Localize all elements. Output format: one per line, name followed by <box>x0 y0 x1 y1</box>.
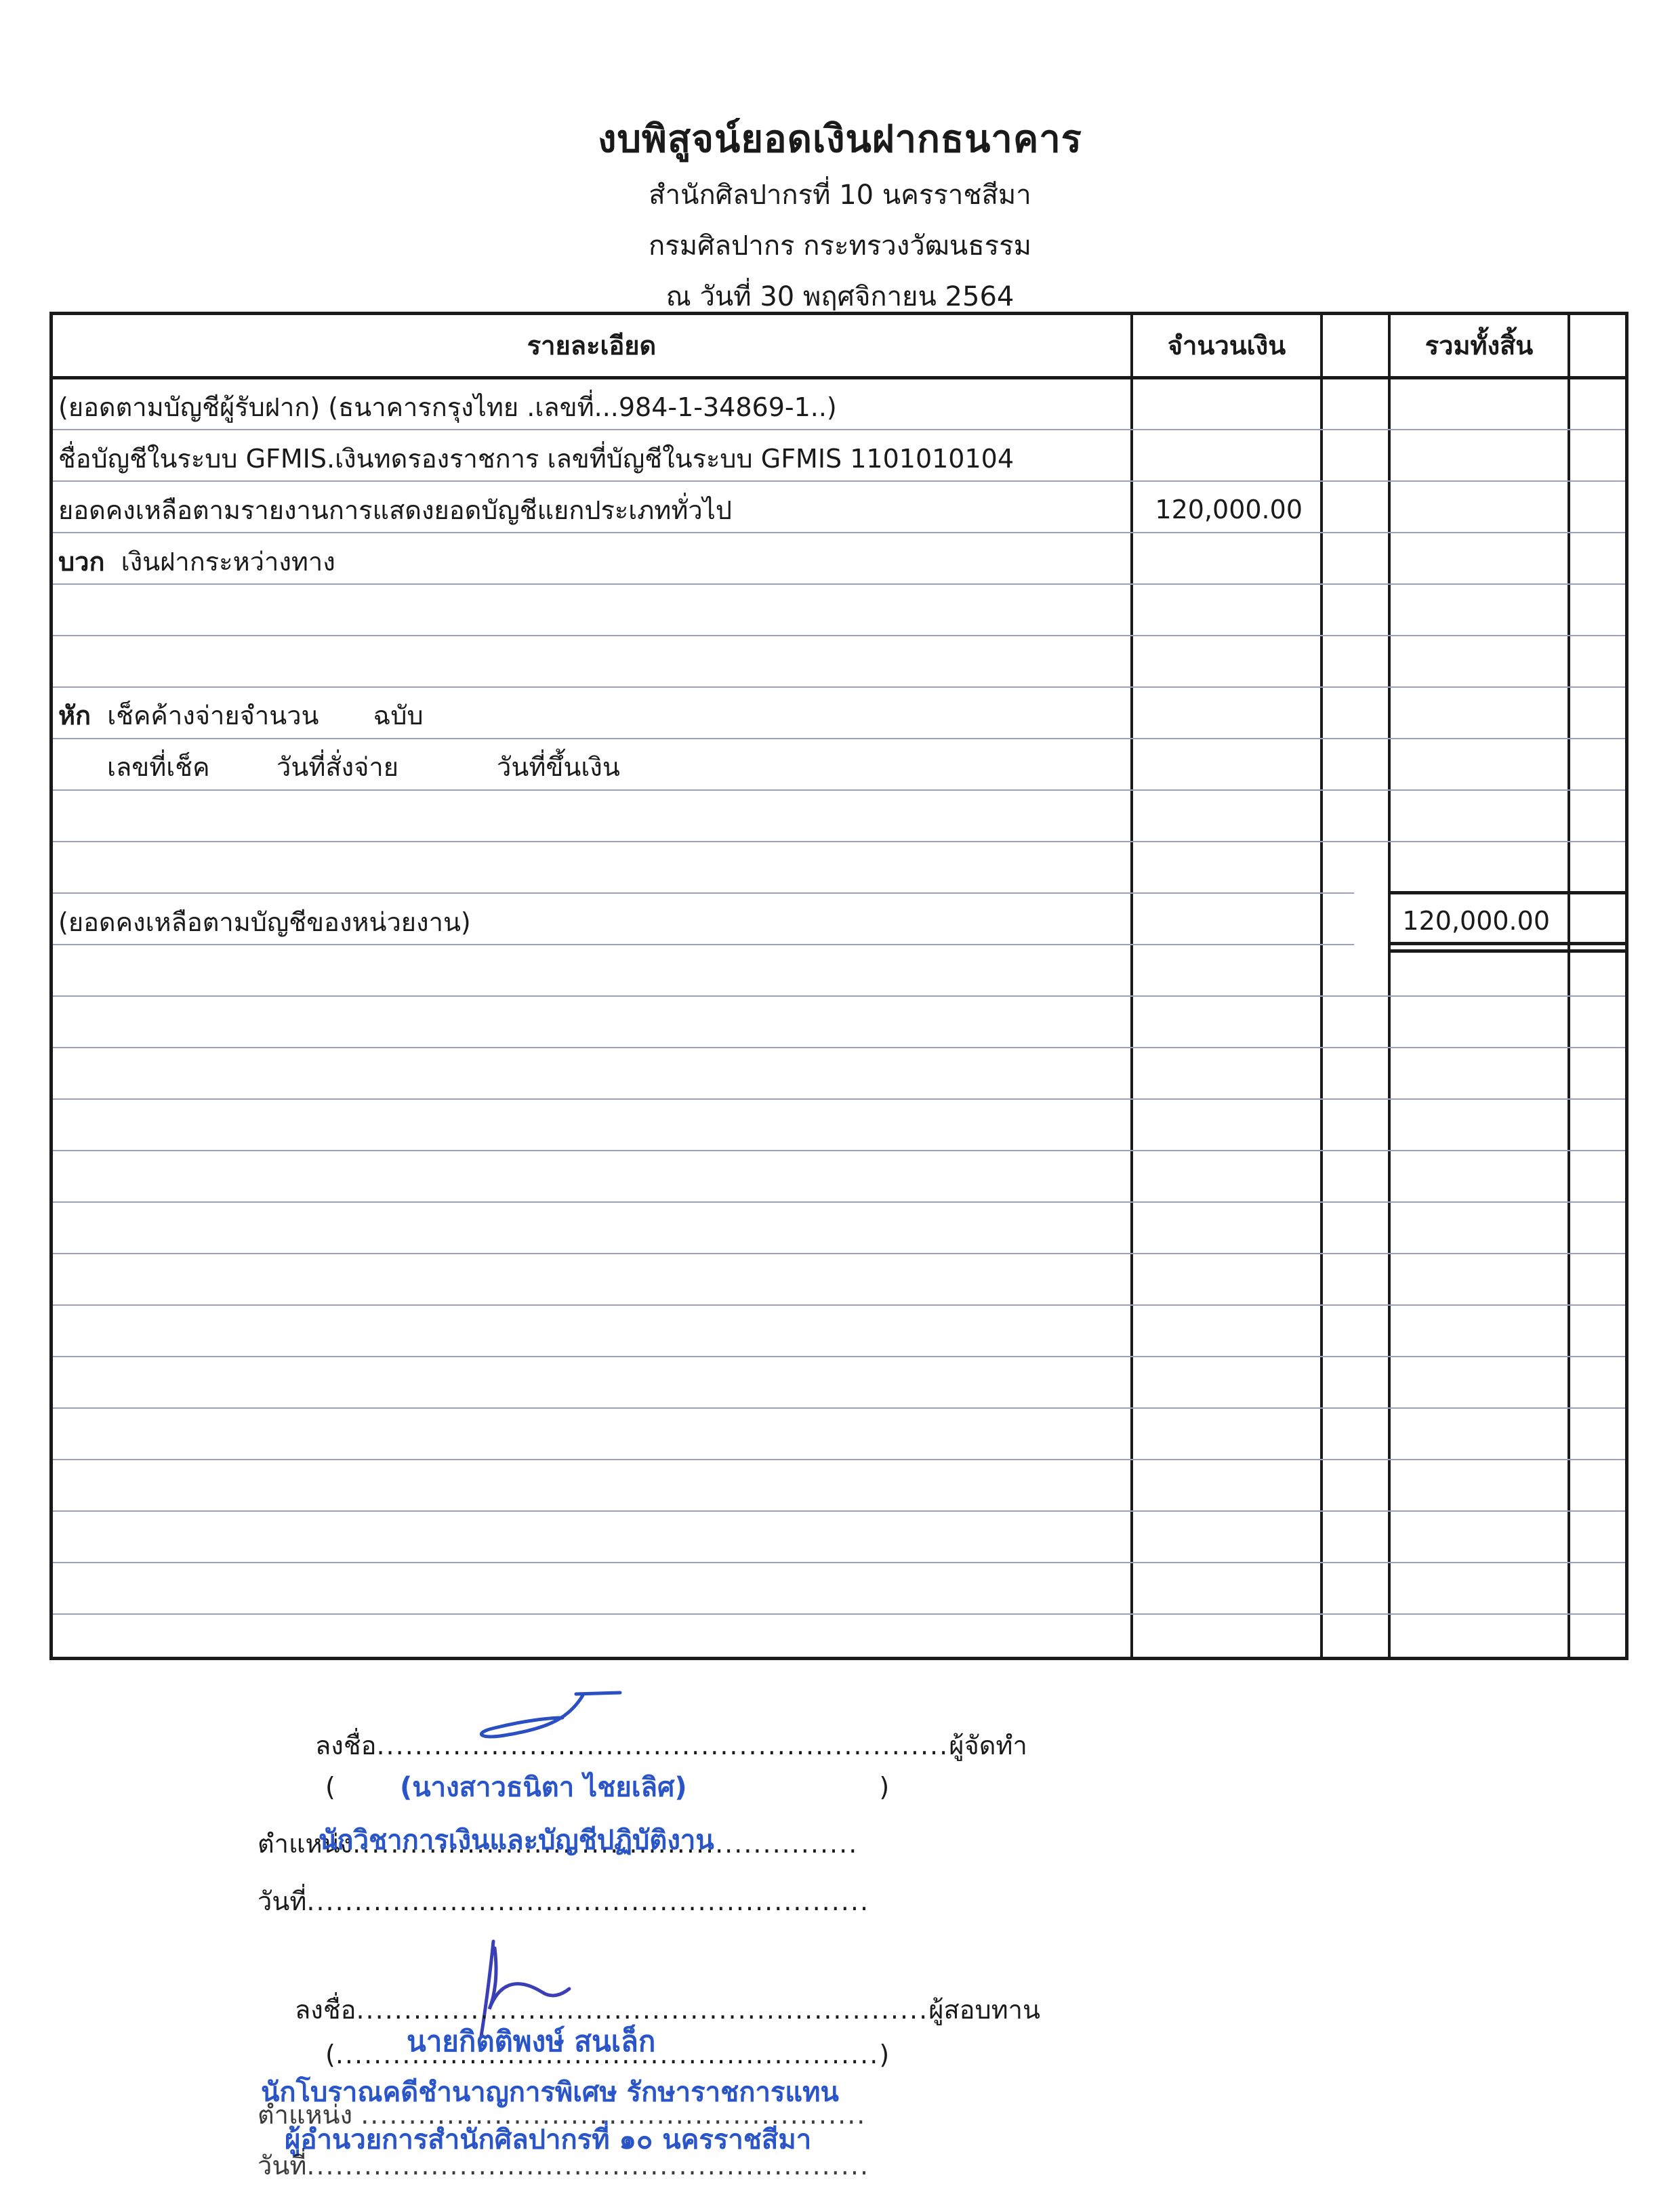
add-row: บวก เงินฝากระหว่างทาง <box>58 541 335 582</box>
less-unit: ฉบับ <box>373 701 424 730</box>
less-row: หัก เช็คค้างจ่ายจำนวนฉบับ <box>58 695 424 736</box>
col-divider-total <box>1388 315 1391 1657</box>
col-divider-amount-sub <box>1320 315 1323 1657</box>
preparer-position: นักวิชาการเงินและบัญชีปฏิบัติงาน <box>319 1818 714 1861</box>
preparer-date-label: วันที่ <box>258 1886 306 1916</box>
less-text: เช็คค้างจ่ายจำนวน <box>107 701 319 730</box>
check-no-label: เลขที่เช็ค <box>107 746 210 787</box>
column-header-total: รวมทั้งสิ้น <box>1391 322 1568 369</box>
office-name: สำนักศิลปากรที่ 10 นครราชสีมา <box>0 173 1680 216</box>
reviewer-name-line: (.......................................… <box>325 2040 889 2069</box>
reviewer-date-label: วันที่ <box>258 2151 306 2181</box>
header-divider <box>53 376 1625 379</box>
less-label: หัก <box>58 701 91 730</box>
column-header-detail: รายละเอียด <box>53 322 1130 369</box>
check-cash-date-label: วันที่ขึ้นเงิน <box>497 746 620 787</box>
total-box-top-rule <box>1388 891 1625 894</box>
preparer-name: (นางสาวธนิตา ไชยเลิศ) <box>400 1765 687 1809</box>
add-text: เงินฝากระหว่างทาง <box>121 547 335 577</box>
preparer-sign-label: ลงชื่อ <box>315 1731 376 1760</box>
ledger-balance-label: ยอดคงเหลือตามรายงานการแสดงยอดบัญชีแยกประ… <box>58 489 732 531</box>
reviewer-role: ผู้สอบทาน <box>928 1995 1040 2025</box>
check-issue-date-label: วันที่สั่งจ่าย <box>276 746 398 787</box>
document-title: งบพิสูจน์ยอดเงินฝากธนาคาร <box>0 108 1680 169</box>
department-name: กรมศิลปากร กระทรวงวัฒนธรรม <box>0 224 1680 267</box>
add-label: บวก <box>58 547 104 577</box>
reviewer-date-line: วันที่..................................… <box>258 2145 869 2186</box>
preparer-date-line: วันที่..................................… <box>258 1880 869 1922</box>
gfmis-account-label: ชื่อบัญชีในระบบ GFMIS.เงินทดรองราชการ เล… <box>58 438 1014 479</box>
reconciliation-table: รายละเอียด จำนวนเงิน รวมทั้งสิ้น (ยอดตาม… <box>49 312 1628 1660</box>
ledger-balance-amount: 120,000.00 <box>1133 495 1303 524</box>
bank-balance-label: (ยอดตามบัญชีผู้รับฝาก) (ธนาคารกรุงไทย .เ… <box>58 386 837 428</box>
unit-balance-label: (ยอดคงเหลือตามบัญชีของหน่วยงาน) <box>58 901 471 943</box>
col-divider-total-sub <box>1568 315 1570 1657</box>
preparer-sign-line: ลงชื่อ..................................… <box>315 1725 1027 1766</box>
column-header-amount: จำนวนเงิน <box>1133 322 1320 369</box>
total-double-underline <box>1388 942 1625 953</box>
unit-balance-total: 120,000.00 <box>1391 906 1550 936</box>
reviewer-sign-label: ลงชื่อ <box>295 1995 356 2025</box>
preparer-role: ผู้จัดทำ <box>949 1731 1027 1760</box>
